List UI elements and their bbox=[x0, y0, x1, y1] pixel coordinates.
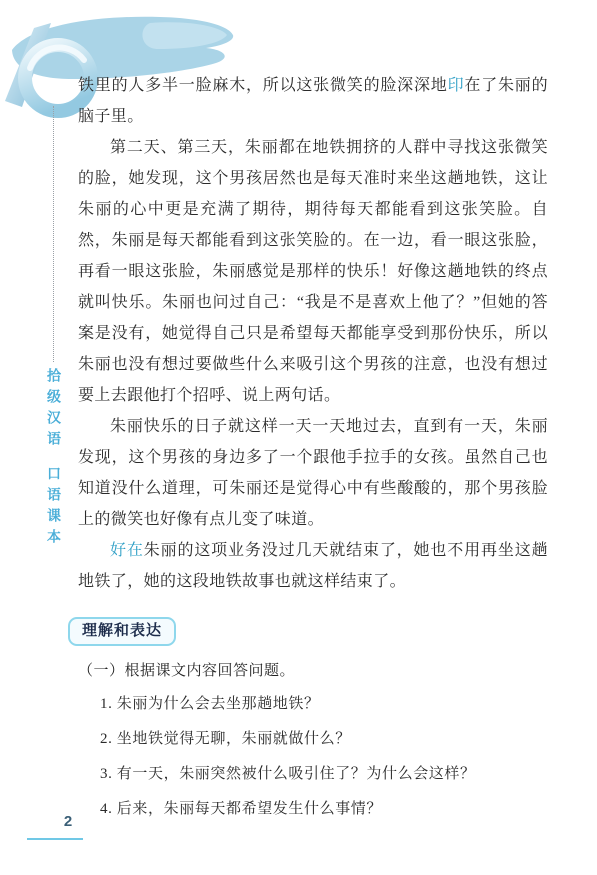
paragraph: 第二天、第三天，朱丽都在地铁拥挤的人群中寻找这张微笑的脸，她发现，这个男孩居然也… bbox=[78, 132, 548, 411]
exercise-instruction: （一）根据课文内容回答问题。 bbox=[78, 659, 548, 680]
question-item: 2. 坐地铁觉得无聊，朱丽就做什么？ bbox=[100, 729, 548, 750]
paragraph: 朱丽快乐的日子就这样一天一天地过去，直到有一天，朱丽发现，这个男孩的身边多了一个… bbox=[78, 411, 548, 535]
sidebar-dotted-rule bbox=[53, 106, 54, 362]
highlighted-word: 印 bbox=[448, 77, 465, 94]
paragraph: 好在朱丽的这项业务没过几天就结束了，她也不用再坐这趟地铁了，她的这段地铁故事也就… bbox=[78, 535, 548, 597]
textbook-page: 拾级汉语 口语课本 铁里的人多半一脸麻木，所以这张微笑的脸深深地印在了朱丽的脑子… bbox=[0, 0, 597, 875]
question-item: 1. 朱丽为什么会去坐那趟地铁？ bbox=[100, 694, 548, 715]
sidebar-book-title: 口语课本 bbox=[39, 466, 69, 550]
text-segment: 朱丽快乐的日子就这样一天一天地过去，直到有一天，朱丽发现，这个男孩的身边多了一个… bbox=[78, 418, 548, 528]
highlighted-word: 好在 bbox=[110, 542, 144, 559]
question-list: 1. 朱丽为什么会去坐那趟地铁？2. 坐地铁觉得无聊，朱丽就做什么？3. 有一天… bbox=[78, 694, 548, 820]
sidebar-series-title: 拾级汉语 bbox=[39, 368, 69, 452]
paragraph: 铁里的人多半一脸麻木，所以这张微笑的脸深深地印在了朱丽的脑子里。 bbox=[78, 70, 548, 132]
footer-rule bbox=[27, 838, 83, 840]
question-item: 3. 有一天，朱丽突然被什么吸引住了？为什么会这样？ bbox=[100, 764, 548, 785]
text-segment: 第二天、第三天，朱丽都在地铁拥挤的人群中寻找这张微笑的脸，她发现，这个男孩居然也… bbox=[78, 139, 548, 404]
question-item: 4. 后来，朱丽每天都希望发生什么事情？ bbox=[100, 799, 548, 820]
section-badge: 理解和表达 bbox=[68, 617, 176, 646]
main-column: 铁里的人多半一脸麻木，所以这张微笑的脸深深地印在了朱丽的脑子里。第二天、第三天，… bbox=[78, 70, 548, 820]
page-number: 2 bbox=[56, 813, 80, 830]
text-segment: 铁里的人多半一脸麻木，所以这张微笑的脸深深地 bbox=[78, 77, 448, 94]
lesson-text: 铁里的人多半一脸麻木，所以这张微笑的脸深深地印在了朱丽的脑子里。第二天、第三天，… bbox=[78, 70, 548, 597]
text-segment: 朱丽的这项业务没过几天就结束了，她也不用再坐这趟地铁了，她的这段地铁故事也就这样… bbox=[78, 542, 548, 590]
